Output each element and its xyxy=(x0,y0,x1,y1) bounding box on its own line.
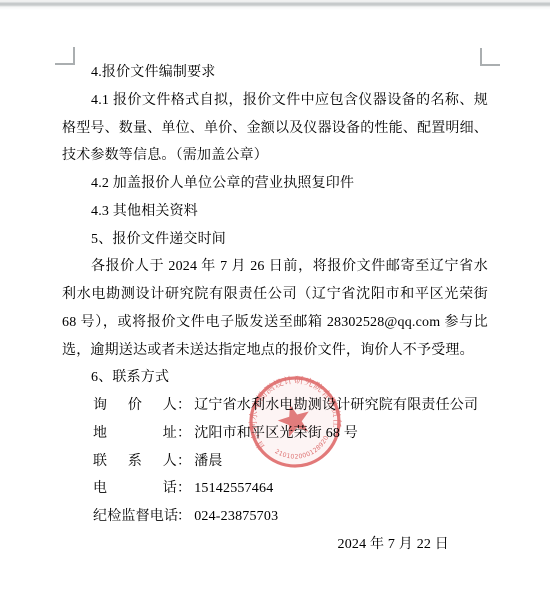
page-top-edge xyxy=(0,0,550,10)
contact-value: 024-23875703 xyxy=(194,503,278,531)
contact-value: 15142557464 xyxy=(194,475,273,503)
document-date: 2024 年 7 月 22 日 xyxy=(62,531,488,559)
contact-colon: ： xyxy=(177,392,191,420)
contact-row-inquirer: 询价人：辽宁省水利水电勘测设计研究院有限责任公司 xyxy=(62,392,488,420)
contact-row-address: 地址：沈阳市和平区光荣街 68 号 xyxy=(62,420,488,448)
paragraph-4-1: 4.1 报价文件格式自拟，报价文件中应包含仪器设备的名称、规格型号、数量、单位、… xyxy=(62,87,488,170)
paragraph-4-3: 4.3 其他相关资料 xyxy=(62,198,488,226)
paragraph-5-body: 各报价人于 2024 年 7 月 26 日前，将报价文件邮寄至辽宁省水利水电勘测… xyxy=(62,253,488,364)
contact-label: 纪检监督电话 xyxy=(93,503,177,531)
contact-colon: ： xyxy=(177,448,191,476)
document-body: 4.报价文件编制要求 4.1 报价文件格式自拟，报价文件中应包含仪器设备的名称、… xyxy=(62,59,488,559)
contact-label: 地址 xyxy=(93,420,177,448)
contact-row-phone: 电话：15142557464 xyxy=(62,475,488,503)
contact-label: 联系人 xyxy=(93,448,177,476)
paragraph-heading-4: 4.报价文件编制要求 xyxy=(62,59,488,87)
contact-label: 询价人 xyxy=(93,392,177,420)
contact-colon: ： xyxy=(177,503,191,531)
paragraph-heading-5: 5、报价文件递交时间 xyxy=(62,226,488,254)
paragraph-heading-6: 6、联系方式 xyxy=(62,364,488,392)
contact-value: 沈阳市和平区光荣街 68 号 xyxy=(194,420,358,448)
contact-label: 电话 xyxy=(93,475,177,503)
contact-colon: ： xyxy=(177,420,191,448)
contact-row-discipline-phone: 纪检监督电话：024-23875703 xyxy=(62,503,488,531)
paragraph-4-2: 4.2 加盖报价人单位公章的营业执照复印件 xyxy=(62,170,488,198)
contact-value: 辽宁省水利水电勘测设计研究院有限责任公司 xyxy=(194,392,478,420)
contact-value: 潘晨 xyxy=(194,448,222,476)
contact-colon: ： xyxy=(177,475,191,503)
document-page: 4.报价文件编制要求 4.1 报价文件格式自拟，报价文件中应包含仪器设备的名称、… xyxy=(0,0,550,612)
contact-row-person: 联系人：潘晨 xyxy=(62,448,488,476)
